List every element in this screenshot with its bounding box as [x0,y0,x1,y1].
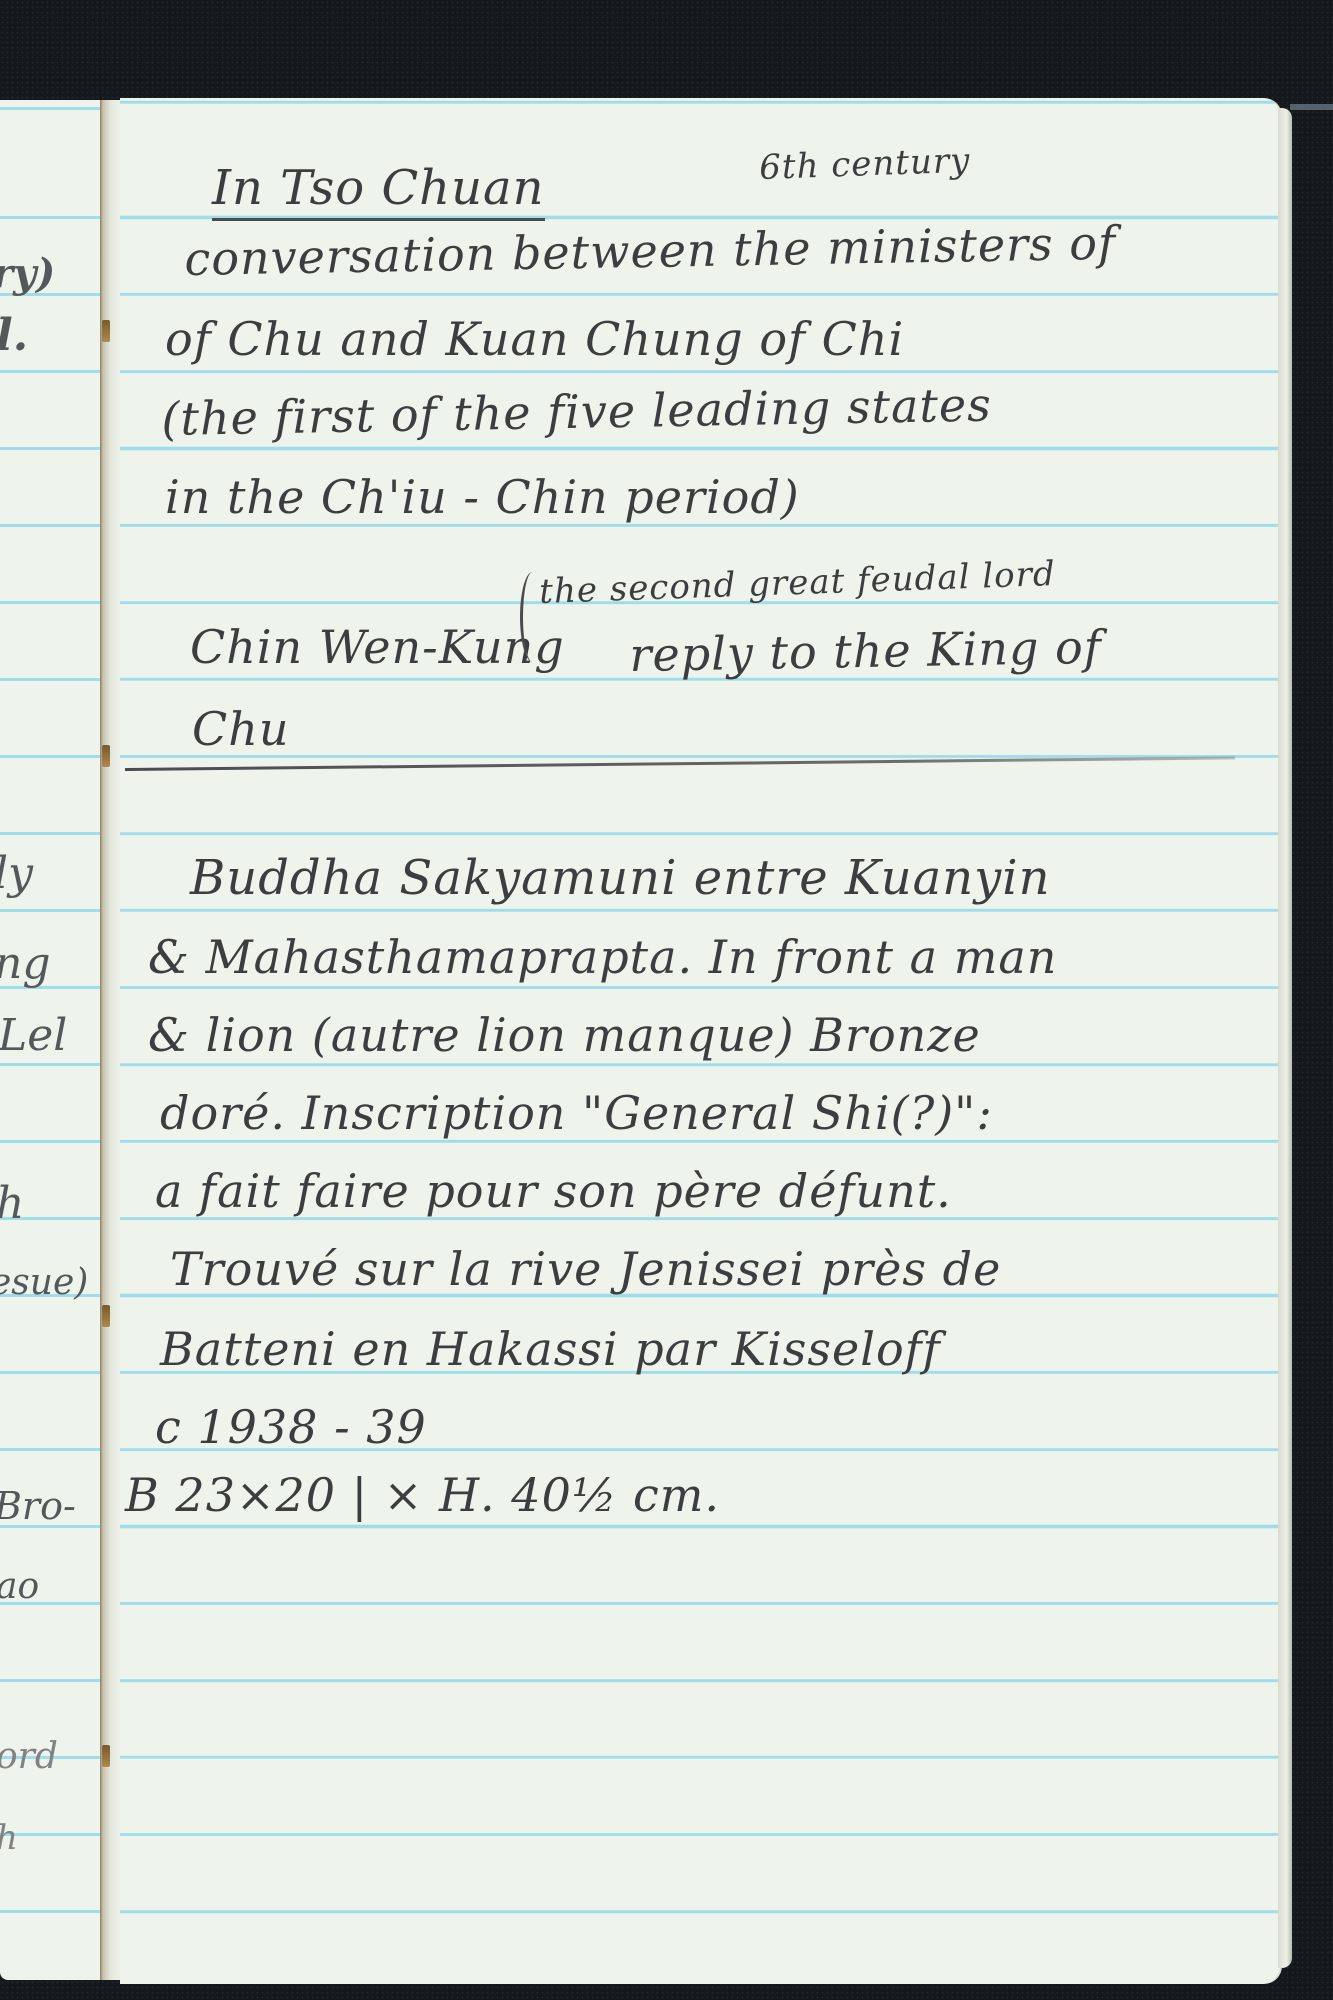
binding-staple [102,320,110,342]
left-fragment: ng [0,938,51,989]
binding-staple [102,1305,110,1327]
left-fragment: esue) [0,1262,88,1303]
left-fragment: Bro- [0,1484,76,1528]
left-fragment: l. [0,310,28,361]
section2-name: Chin Wen-Kung [190,620,565,674]
left-fragment: h [0,1818,18,1858]
section3-line: doré. Inscription "General Shi(?)": [160,1086,993,1140]
section3-line: & lion (autre lion manque) Bronze [148,1008,981,1062]
left-fragment: ly [0,848,33,899]
notebook-gutter [100,100,122,1980]
section2-line: Chu [192,702,289,756]
binding-staple [102,745,110,767]
section3-line: Batteni en Hakassi par Kisseloff [160,1322,941,1376]
left-fragment: ao [0,1566,39,1607]
section1-line: in the Ch'iu - Chin period) [165,470,800,524]
section1-annotation: 6th century [759,141,971,188]
left-fragment: h [0,1178,24,1229]
section3-line: Buddha Sakyamuni entre Kuanyin [190,850,1051,906]
page-stack-edge [1278,108,1292,1968]
section3-line: Trouvé sur la rive Jenissei près de [170,1242,1001,1296]
background-strip [1290,104,1333,110]
title-underlined: In Tso Chuan [212,160,545,221]
section3-date: c 1938 - 39 [155,1400,427,1454]
section3-line: a fait faire pour son père défunt. [155,1164,952,1218]
section3-line: & Mahasthamaprapta. In front a man [148,930,1057,984]
binding-staple [102,1745,110,1767]
left-fragment: ry) [0,250,55,297]
section2-line: reply to the King of [629,620,1102,682]
left-fragment: ord [0,1736,58,1777]
section1-line: of Chu and Kuan Chung of Chi [165,312,904,366]
section3-dimensions: B 23×20 | × H. 40½ cm. [125,1468,720,1522]
section1-title: In Tso Chuan [212,160,545,216]
left-fragment: Lel [0,1010,67,1061]
